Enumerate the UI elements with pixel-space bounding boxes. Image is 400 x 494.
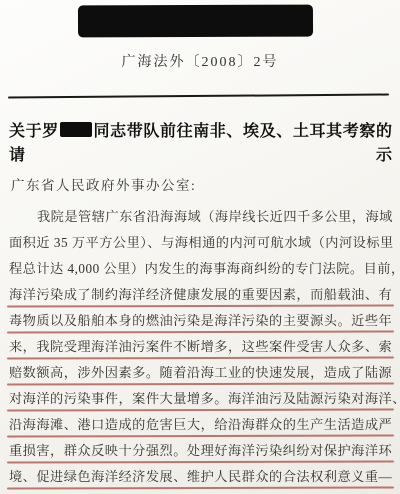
body-line: 海洋污染成了制约海洋经济健康发展的重要因素，而船载油、有 <box>9 282 392 308</box>
document-number: 广海法外〔2008〕2号 <box>0 51 400 71</box>
body-line: 来，我院受理海洋油污案件不断增多，这些案件受害人众多、索 <box>9 334 392 360</box>
red-underline <box>7 304 394 307</box>
header-divider-line <box>8 94 389 99</box>
body-line: 毒物质以及船舶本身的燃油污染是海洋污染的主要源头。近些年 <box>9 308 392 334</box>
salutation: 广东省人民政府外事办公室: <box>11 174 196 194</box>
body-line: 对海洋的污染事件，案件大量增多。海洋油污及陆源污染对海洋、 <box>9 386 392 412</box>
red-underline <box>7 434 394 437</box>
name-redaction-box <box>60 122 92 137</box>
body-line: 重损害，群众反映十分强烈。处理好海洋污染纠纷对保护海洋环 <box>9 438 392 464</box>
red-underline <box>7 460 394 463</box>
body-line: 我院是管辖广东省沿海海域（海岸线长近四千多公里，海域 <box>9 204 392 230</box>
document-title-prefix: 关于罗 <box>9 123 59 140</box>
red-underline <box>7 356 394 359</box>
red-underline <box>7 382 394 385</box>
body-line: 程总计达 4,000 公里）内发生的海事海商纠纷的专门法院。目前， <box>9 256 392 282</box>
red-underline <box>7 408 394 411</box>
document-title: 关于罗同志带队前往南非、埃及、土耳其考察的请示 <box>9 120 392 168</box>
body-line: 境、促进绿色海洋经济发展、维护人民群众的合法权利意义重— <box>9 464 392 490</box>
body-lines: 我院是管辖广东省沿海海域（海岸线长近四千多公里，海域面积近 35 万平方公里）、… <box>9 204 392 490</box>
red-underline <box>7 330 394 333</box>
red-underline <box>7 486 394 489</box>
body-line: 赔数额高，涉外因素多。随着沿海工业的快速发展，造成了陆源 <box>9 360 392 386</box>
header-redaction-bar <box>78 5 313 38</box>
body-line: 沿海海滩、港口造成的危害巨大，给沿海群众的生产生活造成严 <box>9 412 392 438</box>
scanned-document-page: 广海法外〔2008〕2号 关于罗同志带队前往南非、埃及、土耳其考察的请示 广东省… <box>0 0 400 494</box>
body-line: 面积近 35 万平方公里）、与海相通的内河可航水域（内河设标里 <box>9 230 392 256</box>
